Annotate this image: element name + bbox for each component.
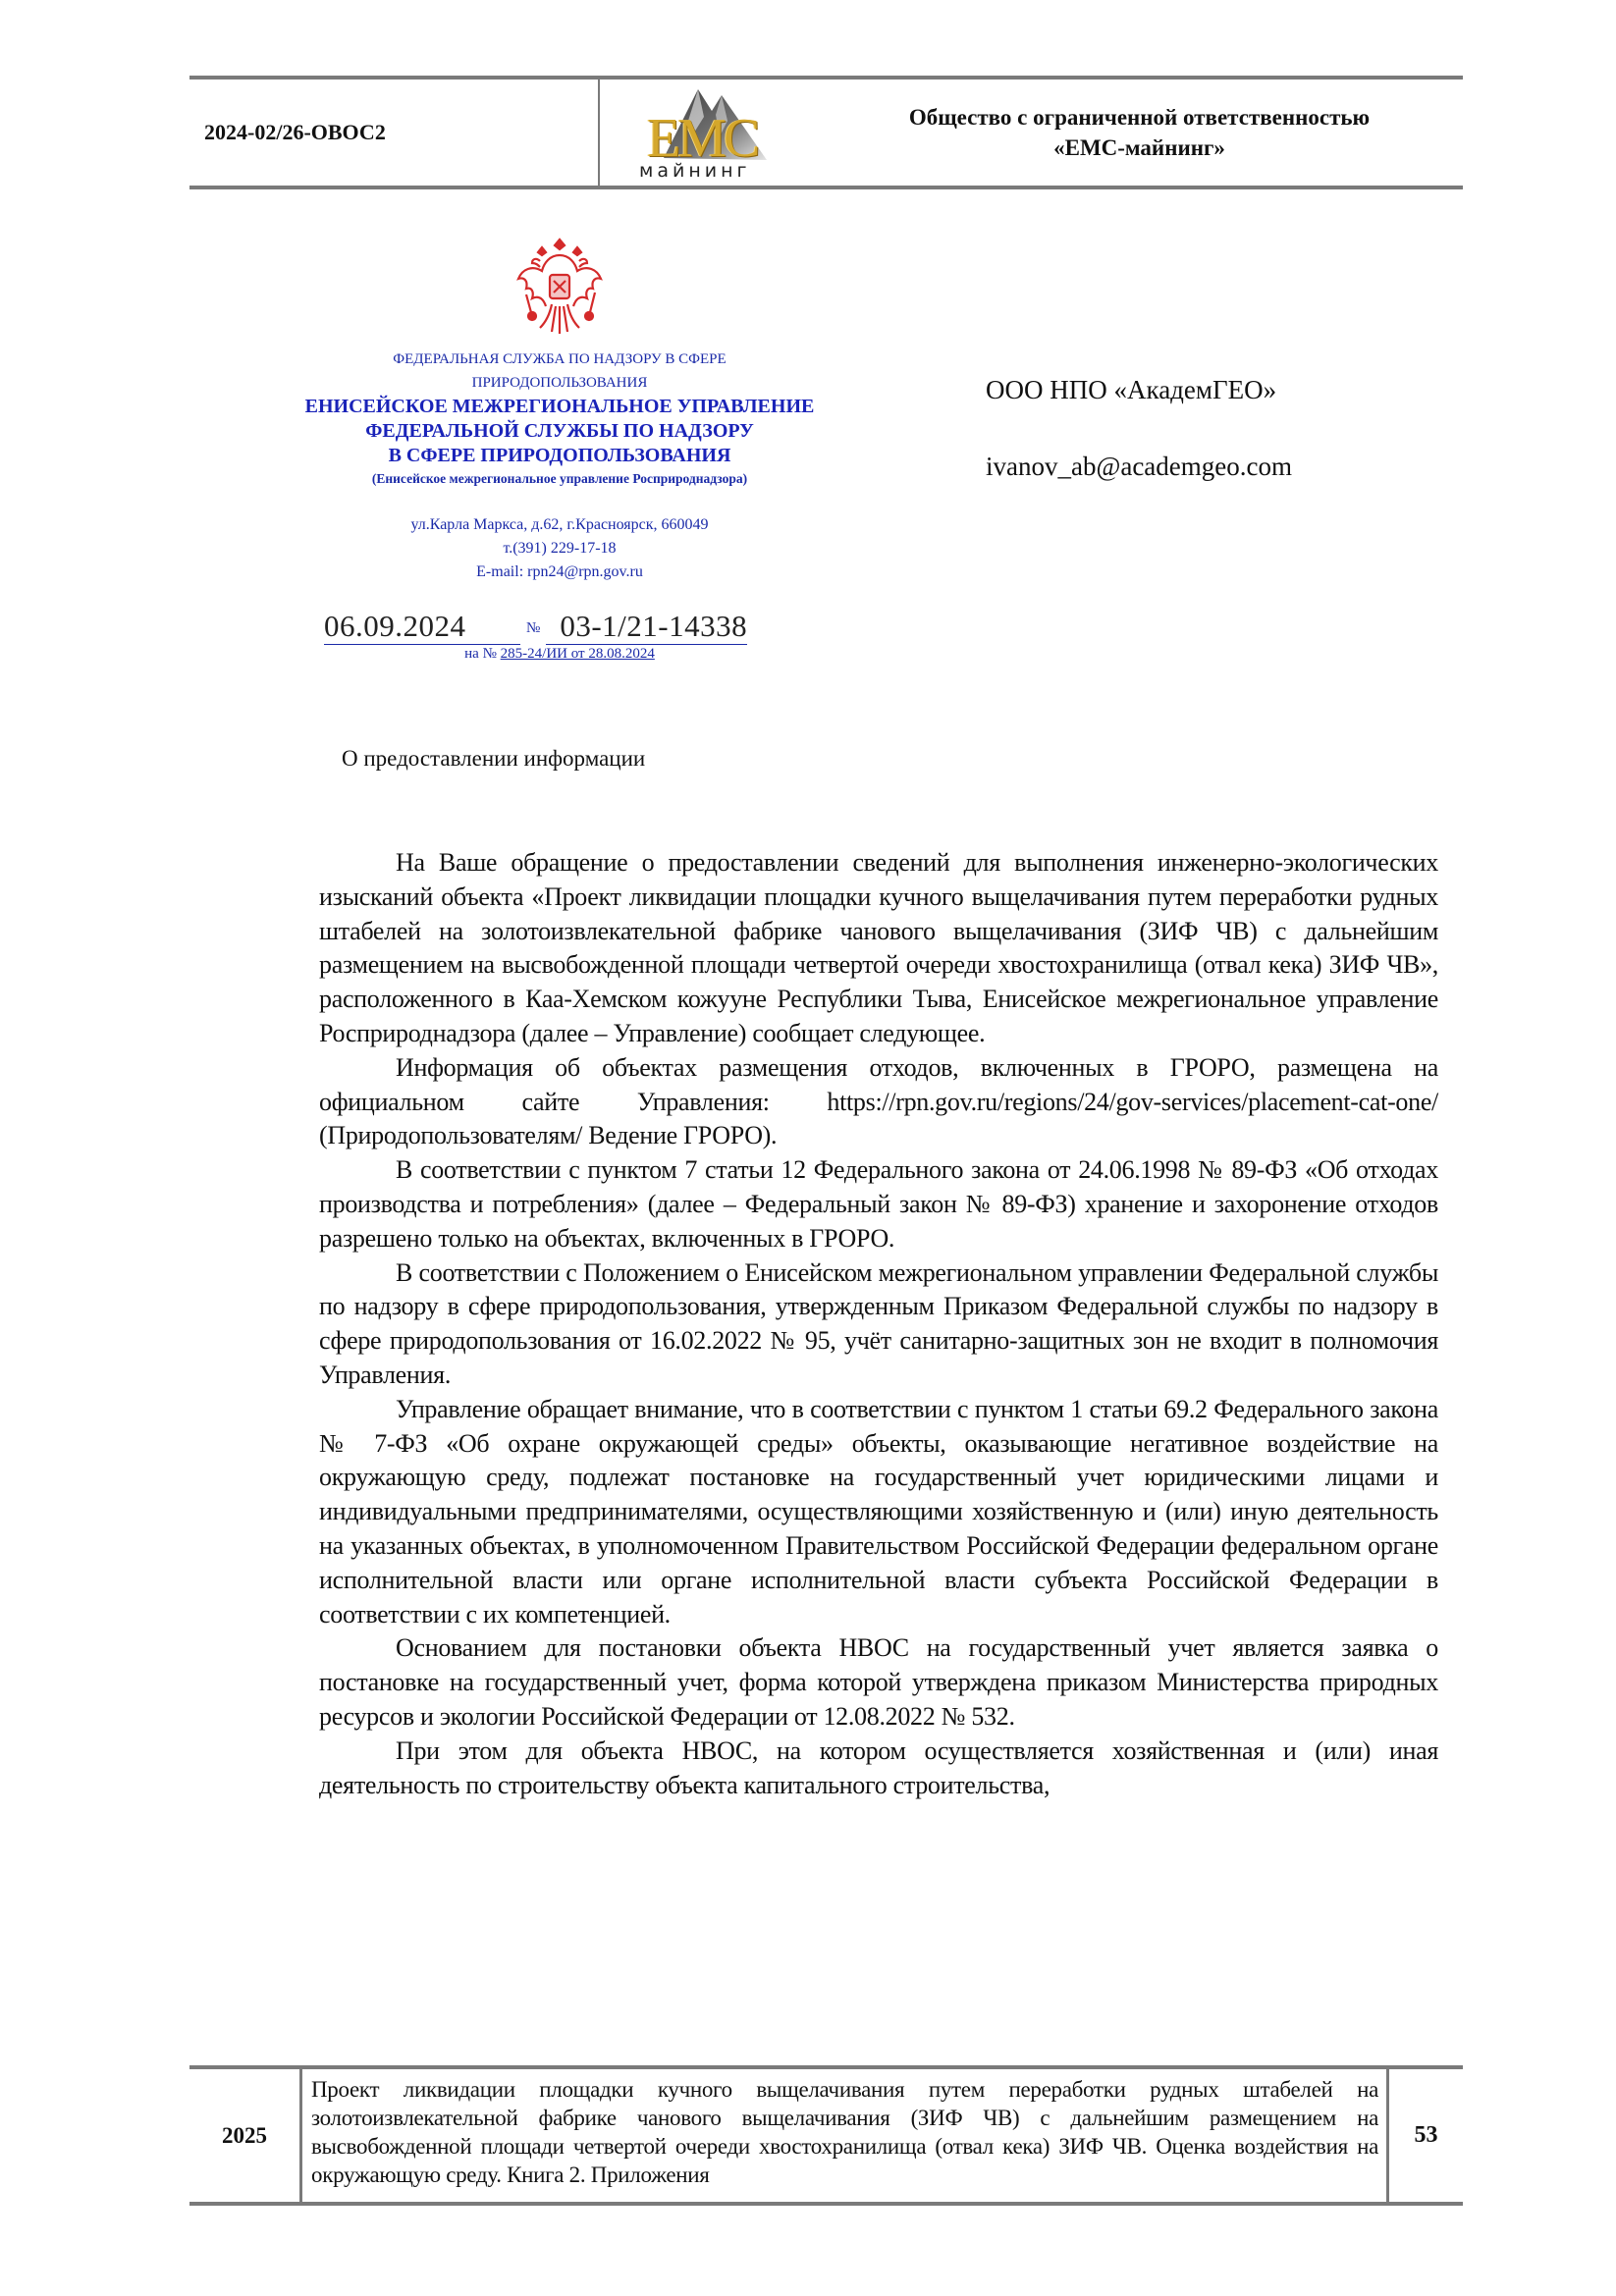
department-name-line1: ЕНИСЕЙСКОЕ МЕЖРЕГИОНАЛЬНОЕ УПРАВЛЕНИЕ: [255, 395, 864, 419]
letter-body: На Ваше обращение о предоставлении сведе…: [319, 846, 1438, 1802]
sender-email: E-mail: rpn24@rpn.gov.ru: [255, 561, 864, 584]
page-footer: 2025 Проект ликвидации площадки кучного …: [189, 2065, 1463, 2206]
sender-letterhead: ФЕДЕРАЛЬНАЯ СЛУЖБА ПО НАДЗОРУ В СФЕРЕ ПР…: [255, 236, 864, 584]
registration-date: 06.09.2024: [324, 609, 520, 645]
body-paragraph: В соответствии с Положением о Енисейском…: [319, 1256, 1438, 1393]
registration-number: 03-1/21-14338: [546, 609, 747, 645]
footer-year: 2025: [189, 2069, 302, 2202]
document-code: 2024-02/26-ОВОС2: [204, 120, 386, 145]
registration-line: 06.09.2024№03-1/21-14338: [324, 609, 795, 645]
recipient-organization: ООО НПО «АкадемГЕО»: [986, 373, 1292, 406]
registration-number-label: №: [526, 620, 540, 636]
company-logo: EMC майнинг: [629, 81, 786, 184]
service-name-line2: ПРИРОДОПОЛЬЗОВАНИЯ: [255, 371, 864, 395]
double-headed-eagle-emblem-icon: [511, 236, 609, 344]
body-paragraph: Управление обращает внимание, что в соот…: [319, 1393, 1438, 1632]
page-number: 53: [1389, 2069, 1463, 2202]
company-name-cell: Общество с ограниченной ответственностью…: [816, 80, 1463, 186]
document-code-cell: 2024-02/26-ОВОС2: [189, 80, 600, 186]
company-name-line1: Общество с ограниченной ответственностью: [909, 102, 1370, 133]
recipient-email: ivanov_ab@academgeo.com: [986, 450, 1292, 483]
department-name-line2: ФЕДЕРАЛЬНОЙ СЛУЖБЫ ПО НАДЗОРУ: [255, 419, 864, 444]
body-paragraph: Основанием для постановки объекта НВОС н…: [319, 1631, 1438, 1734]
reference-value: 285-24/ИИ от 28.08.2024: [501, 646, 655, 662]
service-name: ФЕДЕРАЛЬНАЯ СЛУЖБА ПО НАДЗОРУ В СФЕРЕ ПР…: [255, 347, 864, 395]
body-paragraph: На Ваше обращение о предоставлении сведе…: [319, 846, 1438, 1051]
footer-project-title: Проект ликвидации площадки кучного выщел…: [302, 2069, 1389, 2202]
department-name-line3: В СФЕРЕ ПРИРОДОПОЛЬЗОВАНИЯ: [255, 444, 864, 468]
sender-contacts: ул.Карла Маркса, д.62, г.Красноярск, 660…: [255, 513, 864, 584]
service-name-line1: ФЕДЕРАЛЬНАЯ СЛУЖБА ПО НАДЗОРУ В СФЕРЕ: [255, 347, 864, 371]
body-paragraph: При этом для объекта НВОС, на котором ос…: [319, 1735, 1438, 1803]
body-paragraph: Информация об объектах размещения отходо…: [319, 1051, 1438, 1153]
department-short-name: (Енисейское межрегиональное управление Р…: [255, 468, 864, 490]
body-paragraph: В соответствии с пунктом 7 статьи 12 Фед…: [319, 1153, 1438, 1255]
reference-line: на № 285-24/ИИ от 28.08.2024: [324, 646, 795, 663]
page-header: 2024-02/26-ОВОС2 EMC майнинг Общество с …: [189, 76, 1463, 189]
sender-address: ул.Карла Маркса, д.62, г.Красноярск, 660…: [255, 513, 864, 537]
company-name-line2: «ЕМС-майнинг»: [1053, 133, 1225, 163]
sender-phone: т.(391) 229-17-18: [255, 537, 864, 561]
reference-prefix: на №: [464, 646, 501, 662]
letter-subject: О предоставлении информации: [342, 746, 645, 772]
logo-cell: EMC майнинг: [600, 80, 816, 186]
logo-subtitle: майнинг: [639, 160, 751, 182]
department-name: ЕНИСЕЙСКОЕ МЕЖРЕГИОНАЛЬНОЕ УПРАВЛЕНИЕ ФЕ…: [255, 395, 864, 468]
recipient-block: ООО НПО «АкадемГЕО» ivanov_ab@academgeo.…: [986, 373, 1292, 483]
